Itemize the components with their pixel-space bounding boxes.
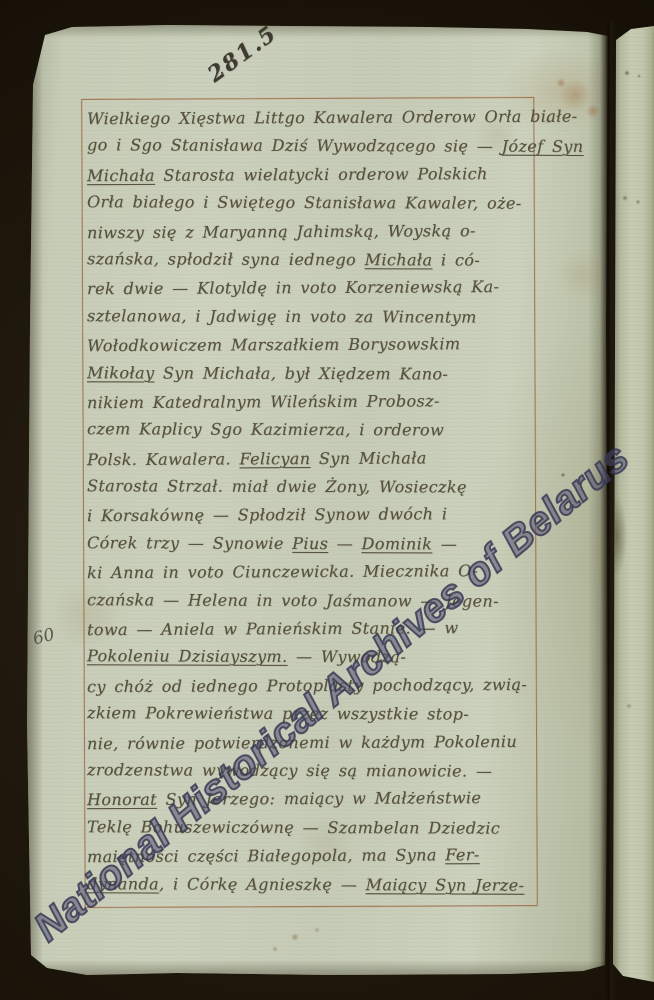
manuscript-line: zkiem Pokrewieństwa przez wszystkie stop… xyxy=(87,699,539,729)
manuscript-line: rek dwie — Klotyldę in voto Korzeniewską… xyxy=(87,273,539,304)
manuscript-line: nikiem Katedralnym Wileńskim Probosz- xyxy=(87,387,539,418)
margin-annotation: 60 xyxy=(31,625,57,650)
manuscript-line: Teklę Bohuszewiczównę — Szambelan Dziedz… xyxy=(87,813,539,843)
manuscript-line: czem Kaplicy Sgo Kazimierza, i orderow xyxy=(87,416,539,446)
manuscript-line: niwszy się z Maryanną Jahimską, Woyską o… xyxy=(87,216,539,247)
manuscript-line: Mikołay Syn Michała, był Xiędzem Kano- xyxy=(87,359,539,389)
manuscript-line: szańska, spłodził syna iednego Michała i… xyxy=(87,245,539,275)
manuscript-line: czańska — Helena in voto Jaśmanow — Jege… xyxy=(87,586,539,616)
adjacent-page-edge xyxy=(613,26,654,982)
manuscript-line: Wielkiego Xięstwa Littgo Kawalera Ordero… xyxy=(87,103,539,134)
manuscript-line: Michała Starosta wielatycki orderow Pols… xyxy=(87,160,539,191)
manuscript-line: nie, równie potwierdzonemi w każdym Poko… xyxy=(87,727,539,758)
page-number: 281.5 xyxy=(203,20,282,87)
manuscript-line: sztelanowa, i Jadwigę in voto za Wincent… xyxy=(87,302,539,332)
manuscript-line: Wołodkowiczem Marszałkiem Borysowskim xyxy=(87,330,539,361)
manuscript-line: dynanda, i Córkę Agnieszkę — Maiący Syn … xyxy=(87,870,539,900)
manuscript-line: Starosta Strzał. miał dwie Żony, Wosiecz… xyxy=(87,472,539,502)
photo-backdrop: 281.5 60 Wielkiego Xięstwa Littgo Kawale… xyxy=(0,0,654,1000)
manuscript-line: Córek trzy — Synowie Pius — Dominik — xyxy=(87,529,539,559)
manuscript-line: maiętności części Białegopola, ma Syna F… xyxy=(87,841,539,872)
manuscript-line: Orła białego i Swiętego Stanisława Kawal… xyxy=(87,188,539,218)
manuscript-line: zrodzenstwa wywodzący się są mianowicie.… xyxy=(87,756,539,786)
manuscript-line: Pokoleniu Dzisiayszym. — Wywodzą- xyxy=(87,643,539,673)
manuscript-line: i Korsakównę — Spłodził Synow dwóch i xyxy=(87,500,539,531)
manuscript-line: go i Sgo Stanisława Dziś Wywodzącego się… xyxy=(87,132,539,162)
manuscript-line: ki Anna in voto Ciunczewicka. Miecznika … xyxy=(87,557,539,588)
manuscript-line: cy chóż od iednego Protoplasty pochodząc… xyxy=(87,671,539,702)
manuscript-text: Wielkiego Xięstwa Littgo Kawalera Ordero… xyxy=(87,104,539,899)
manuscript-line: towa — Aniela w Panieńskim Stanie. — w xyxy=(87,614,539,645)
manuscript-line: Honorat Syn Jerzego: maiący w Małżeństwi… xyxy=(87,784,539,815)
manuscript-line: Polsk. Kawalera. Felicyan Syn Michała xyxy=(87,444,539,475)
document-page: 281.5 60 Wielkiego Xięstwa Littgo Kawale… xyxy=(27,25,608,975)
